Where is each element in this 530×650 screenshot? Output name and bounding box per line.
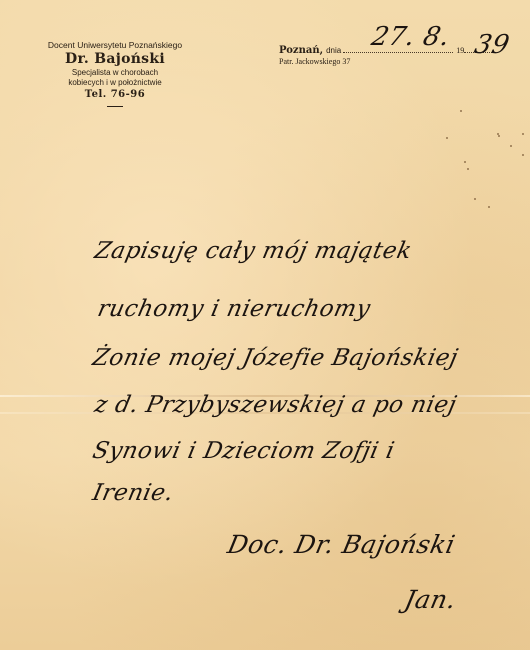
letterhead-specialty-1: Specjalista w chorobach (20, 68, 210, 78)
letterhead-rule (107, 106, 123, 107)
year-prefix: 19 (456, 46, 464, 55)
letterhead-title: Docent Uniwersytetu Poznańskiego (20, 40, 210, 51)
date-label: dnia (326, 46, 341, 55)
letterhead-city: Poznań, (279, 45, 323, 56)
letterhead-phone: Tel. 76-96 (20, 88, 210, 102)
letterhead-specialty-2: kobiecych i w położnictwie (20, 78, 210, 88)
letterhead-doctor-name: Dr. Bajoński (20, 51, 210, 68)
handwritten-year: 39 (472, 30, 512, 60)
letterhead-left: Docent Uniwersytetu Poznańskiego Dr. Baj… (20, 40, 210, 107)
body-line-4: z d. Przybyszewskiej a po niej (92, 392, 459, 418)
body-line-1: Zapisuję cały mój majątek (92, 238, 414, 264)
body-line-5: Synowi i Dzieciom Zofji i (90, 438, 397, 464)
body-line-6: Irenie. (90, 480, 176, 506)
body-line-3: Żonie mojej Józefie Bajońskiej (90, 345, 460, 371)
signature-line-1: Doc. Dr. Bajoński (225, 530, 458, 559)
body-line-2: ruchomy i nieruchomy (95, 296, 373, 322)
signature-line-2: Jan. (402, 585, 459, 614)
handwritten-date: 27. 8. (369, 22, 453, 52)
